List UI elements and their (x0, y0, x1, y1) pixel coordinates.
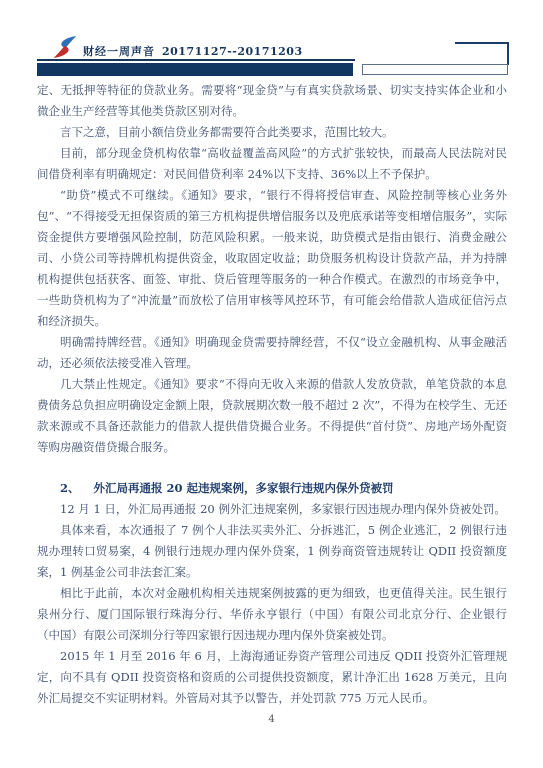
paragraph: 12 月 1 日，外汇局再通报 20 例外汇违规案例，多家银行因违规办理内保外贷… (37, 499, 507, 520)
paragraph: 言下之意，目前小额信贷业务都需要符合此类要求，范围比较大。 (37, 122, 507, 143)
section-heading: 2、外汇局再通报 20 起违规案例，多家银行违规内保外贷被罚 (37, 478, 507, 499)
section-title: 外汇局再通报 20 起违规案例，多家银行违规内保外贷被罚 (94, 481, 394, 495)
header-rule (37, 59, 355, 61)
paragraph: 几大禁止性规定。《通知》要求“不得向无收入来源的借款人发放贷款，单笔贷款的本息费… (37, 374, 507, 458)
paragraph: 定、无抵押等特征的贷款业务。需要将“现金贷”与有真实贷款场景、切实支持实体企业和… (37, 80, 507, 122)
report-header: 财经一周声音 20171127--20171203 (54, 35, 303, 59)
page-number: 4 (268, 714, 274, 725)
paragraph: 目前，部分现金贷机构依靠“高收益覆盖高风险”的方式扩张较快，而最高人民法院对民间… (37, 143, 507, 185)
paragraph: 具体来看，本次通报了 7 例个人非法买卖外汇、分拆逃汇，5 例企业逃汇，2 例银… (37, 520, 507, 583)
brand-logo-icon (52, 35, 78, 59)
paragraph: 明确需持牌经营。《通知》明确现金贷需要持牌经营，不仅“设立金融机构、从事金融活动… (37, 332, 507, 374)
report-date-range: 20171127--20171203 (162, 46, 303, 59)
document-page: 财经一周声音 20171127--20171203 定、无抵押等特征的贷款业务。… (0, 0, 543, 768)
header-bracket-decoration (455, 42, 509, 65)
paragraph: 相比于此前，本次对金融机构相关违规案例披露的更为细致，也更值得关注。民生银行泉州… (37, 583, 507, 646)
paragraph: 2015 年 1 月至 2016 年 6 月，上海海通证券资产管理公司违反 QD… (37, 646, 507, 709)
document-body: 定、无抵押等特征的贷款业务。需要将“现金贷”与有真实贷款场景、切实支持实体企业和… (37, 80, 507, 709)
section-number: 2、 (60, 481, 80, 495)
header-box-decoration (362, 64, 508, 75)
paragraph: “助贷”模式不可继续。《通知》要求，“银行不得将授信审查、风险控制等核心业务外包… (37, 185, 507, 332)
report-title: 财经一周声音 (83, 46, 155, 59)
header-navy-bar (37, 63, 353, 76)
page-footer: 4 (0, 707, 543, 726)
